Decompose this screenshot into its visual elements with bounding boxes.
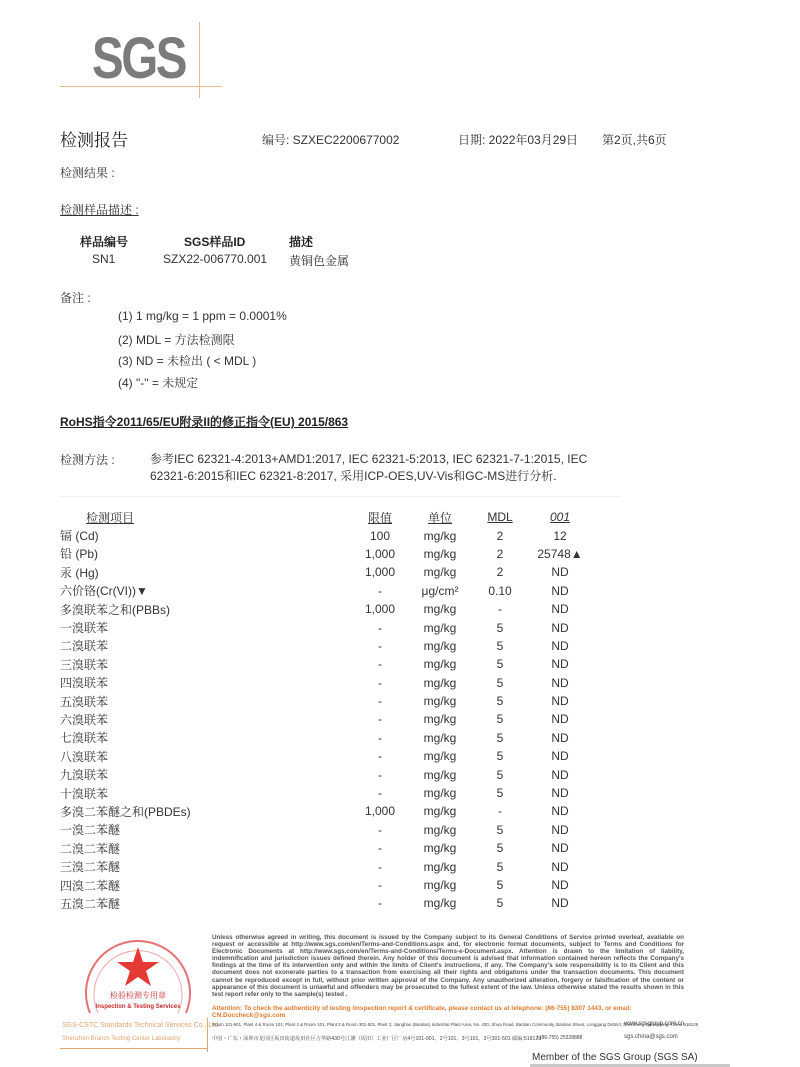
table-row: 一溴二苯醚-mg/kg5ND: [60, 821, 590, 839]
item-name: 汞 (Hg): [60, 563, 350, 581]
limit-value: -: [350, 655, 410, 673]
limit-value: -: [350, 637, 410, 655]
legal-disclaimer: Unless otherwise agreed in writing, this…: [212, 934, 684, 998]
results-table: 检测项目 限值 单位 MDL 001 镉 (Cd)100mg/kg212铅 (P…: [60, 508, 590, 913]
unit: mg/kg: [410, 729, 470, 747]
sample-no: SN1: [92, 252, 115, 266]
unit: mg/kg: [410, 674, 470, 692]
mdl-value: 0.10: [470, 582, 530, 600]
note-item: (3) ND = 未检出 ( < MDL ): [118, 352, 256, 369]
table-row: 汞 (Hg)1,000mg/kg2ND: [60, 563, 590, 581]
limit-value: -: [350, 582, 410, 600]
sample-header-desc: 描述: [289, 233, 313, 250]
limit-value: -: [350, 857, 410, 875]
result-value: 12: [530, 526, 590, 544]
item-name: 六价铬(Cr(VI))▼: [60, 582, 350, 600]
limit-value: -: [350, 729, 410, 747]
limit-value: -: [350, 839, 410, 857]
result-value: ND: [530, 765, 590, 783]
table-row: 七溴联苯-mg/kg5ND: [60, 729, 590, 747]
table-row: 镉 (Cd)100mg/kg212: [60, 526, 590, 544]
website-link[interactable]: www.sgsgroup.com.cn: [624, 1021, 684, 1027]
report-title: 检测报告: [60, 126, 128, 151]
unit: mg/kg: [410, 618, 470, 636]
result-value: ND: [530, 802, 590, 820]
item-name: 五溴二苯醚: [60, 894, 350, 912]
header-unit: 单位: [410, 508, 470, 526]
note-item: (4) "-" = 未规定: [118, 374, 198, 391]
unit: mg/kg: [410, 894, 470, 912]
note-item: (1) 1 mg/kg = 1 ppm = 0.0001%: [118, 309, 287, 323]
email-link[interactable]: sgs.china@sgs.com: [624, 1034, 678, 1040]
table-row: 六溴联苯-mg/kg5ND: [60, 710, 590, 728]
limit-value: -: [350, 692, 410, 710]
item-name: 二溴二苯醚: [60, 839, 350, 857]
table-row: 四溴二苯醚-mg/kg5ND: [60, 876, 590, 894]
item-name: 六溴联苯: [60, 710, 350, 728]
result-value: ND: [530, 674, 590, 692]
result-value: ND: [530, 747, 590, 765]
unit: mg/kg: [410, 784, 470, 802]
notes-label: 备注 :: [60, 289, 91, 306]
item-name: 一溴二苯醚: [60, 821, 350, 839]
footer-divider: [207, 1018, 208, 1052]
unit: mg/kg: [410, 765, 470, 783]
report-date: 日期: 2022年03月29日: [458, 131, 578, 148]
table-row: 四溴联苯-mg/kg5ND: [60, 674, 590, 692]
item-name: 三溴二苯醚: [60, 857, 350, 875]
item-name: 九溴联苯: [60, 765, 350, 783]
sample-header-no: 样品编号: [80, 233, 128, 250]
limit-value: -: [350, 784, 410, 802]
logo-horizontal-rule: [60, 86, 222, 87]
mdl-value: 5: [470, 876, 530, 894]
limit-value: 1,000: [350, 600, 410, 618]
limit-value: -: [350, 674, 410, 692]
header-mdl: MDL: [470, 508, 530, 526]
mdl-value: 5: [470, 784, 530, 802]
header-item: 检测项目: [60, 508, 350, 526]
result-value: ND: [530, 876, 590, 894]
limit-value: -: [350, 618, 410, 636]
mdl-value: 5: [470, 655, 530, 673]
unit: mg/kg: [410, 710, 470, 728]
header-sample-001: 001: [530, 508, 590, 526]
mdl-value: 5: [470, 857, 530, 875]
limit-value: -: [350, 876, 410, 894]
item-name: 七溴联苯: [60, 729, 350, 747]
item-name: 一溴联苯: [60, 618, 350, 636]
unit: mg/kg: [410, 655, 470, 673]
table-row: 多溴联苯之和(PBBs)1,000mg/kg-ND: [60, 600, 590, 618]
item-name: 十溴联苯: [60, 784, 350, 802]
mdl-value: 2: [470, 545, 530, 563]
result-value: ND: [530, 618, 590, 636]
item-name: 三溴联苯: [60, 655, 350, 673]
result-value: ND: [530, 821, 590, 839]
unit: mg/kg: [410, 857, 470, 875]
unit: mg/kg: [410, 692, 470, 710]
item-name: 五溴联苯: [60, 692, 350, 710]
divider: [60, 496, 620, 497]
limit-value: 1,000: [350, 563, 410, 581]
method-label: 检测方法 :: [60, 451, 115, 468]
table-row: 八溴联苯-mg/kg5ND: [60, 747, 590, 765]
results-header-row: 检测项目 限值 单位 MDL 001: [60, 508, 590, 526]
mdl-value: 5: [470, 821, 530, 839]
item-name: 四溴联苯: [60, 674, 350, 692]
limit-value: -: [350, 894, 410, 912]
result-value: 25748▲: [530, 545, 590, 563]
sample-description-title: 检测样品描述 :: [60, 201, 139, 218]
mdl-value: 5: [470, 729, 530, 747]
table-row: 六价铬(Cr(VI))▼-μg/cm²0.10ND: [60, 582, 590, 600]
table-row: 一溴联苯-mg/kg5ND: [60, 618, 590, 636]
logo-vertical-rule: [199, 22, 200, 98]
sgs-logo: SGS: [92, 30, 185, 88]
result-value: ND: [530, 839, 590, 857]
result-label: 检测结果 :: [60, 164, 115, 181]
telephone: t (86-755) 25328888: [537, 1035, 582, 1041]
table-row: 九溴联苯-mg/kg5ND: [60, 765, 590, 783]
result-value: ND: [530, 582, 590, 600]
header-limit: 限值: [350, 508, 410, 526]
mdl-value: 5: [470, 618, 530, 636]
sample-header-id: SGS样品ID: [184, 233, 245, 250]
svg-text:Inspection & Testing Services: Inspection & Testing Services: [96, 1004, 182, 1010]
sample-desc: 黄铜色金属: [289, 252, 349, 269]
result-value: ND: [530, 692, 590, 710]
mdl-value: -: [470, 600, 530, 618]
result-value: ND: [530, 729, 590, 747]
item-name: 镉 (Cd): [60, 526, 350, 544]
note-item: (2) MDL = 方法检测限: [118, 331, 235, 348]
mdl-value: 5: [470, 674, 530, 692]
svg-text:检验检测专用章: 检验检测专用章: [110, 990, 166, 1000]
item-name: 多溴联苯之和(PBBs): [60, 600, 350, 618]
authenticity-notice: Attention: To check the authenticity of …: [212, 1005, 692, 1019]
unit: mg/kg: [410, 839, 470, 857]
mdl-value: 5: [470, 710, 530, 728]
mdl-value: 2: [470, 563, 530, 581]
result-value: ND: [530, 563, 590, 581]
limit-value: -: [350, 765, 410, 783]
address-cn: 中国・广东・深圳市龙岗区坂田街道坂田社区吉华路430号江灏（坂田）工业厂区厂房4…: [212, 1035, 541, 1042]
limit-value: 100: [350, 526, 410, 544]
unit: mg/kg: [410, 563, 470, 581]
method-text: 参考IEC 62321-4:2013+AMD1:2017, IEC 62321-…: [150, 451, 600, 485]
mdl-value: 5: [470, 765, 530, 783]
page-indicator: 第2页,共6页: [602, 131, 667, 148]
table-row: 铅 (Pb)1,000mg/kg225748▲: [60, 545, 590, 563]
mdl-value: -: [470, 802, 530, 820]
table-row: 三溴联苯-mg/kg5ND: [60, 655, 590, 673]
table-row: 二溴二苯醚-mg/kg5ND: [60, 839, 590, 857]
item-name: 四溴二苯醚: [60, 876, 350, 894]
unit: mg/kg: [410, 526, 470, 544]
item-name: 八溴联苯: [60, 747, 350, 765]
inspection-stamp: 检验检测专用章 Inspection & Testing Services: [68, 935, 208, 1015]
report-number: 编号: SZXEC2200677002: [262, 131, 399, 148]
item-name: 二溴联苯: [60, 637, 350, 655]
table-row: 多溴二苯醚之和(PBDEs)1,000mg/kg-ND: [60, 802, 590, 820]
unit: mg/kg: [410, 637, 470, 655]
result-value: ND: [530, 600, 590, 618]
result-value: ND: [530, 894, 590, 912]
unit: μg/cm²: [410, 582, 470, 600]
result-value: ND: [530, 655, 590, 673]
limit-value: -: [350, 710, 410, 728]
mdl-value: 5: [470, 637, 530, 655]
unit: mg/kg: [410, 802, 470, 820]
mdl-value: 5: [470, 839, 530, 857]
member-statement: Member of the SGS Group (SGS SA): [532, 1052, 698, 1063]
table-row: 十溴联苯-mg/kg5ND: [60, 784, 590, 802]
mdl-value: 2: [470, 526, 530, 544]
mdl-value: 5: [470, 894, 530, 912]
limit-value: -: [350, 747, 410, 765]
table-row: 五溴二苯醚-mg/kg5ND: [60, 894, 590, 912]
table-row: 五溴联苯-mg/kg5ND: [60, 692, 590, 710]
limit-value: 1,000: [350, 802, 410, 820]
result-value: ND: [530, 710, 590, 728]
result-value: ND: [530, 637, 590, 655]
company-name: SGS-CSTC Standards Technical Services Co…: [62, 1022, 220, 1029]
result-value: ND: [530, 857, 590, 875]
table-row: 二溴联苯-mg/kg5ND: [60, 637, 590, 655]
company-branch: Shenzhen Branch Testing Center Laborator…: [62, 1036, 180, 1042]
mdl-value: 5: [470, 692, 530, 710]
limit-value: 1,000: [350, 545, 410, 563]
result-value: ND: [530, 784, 590, 802]
sample-id: SZX22-006770.001: [163, 252, 267, 266]
directive-title: RoHS指令2011/65/EU附录II的修正指令(EU) 2015/863: [60, 413, 348, 430]
mdl-value: 5: [470, 747, 530, 765]
limit-value: -: [350, 821, 410, 839]
item-name: 多溴二苯醚之和(PBDEs): [60, 802, 350, 820]
unit: mg/kg: [410, 747, 470, 765]
unit: mg/kg: [410, 821, 470, 839]
unit: mg/kg: [410, 876, 470, 894]
unit: mg/kg: [410, 545, 470, 563]
table-row: 三溴二苯醚-mg/kg5ND: [60, 857, 590, 875]
footer-rule: [60, 1048, 208, 1049]
item-name: 铅 (Pb): [60, 545, 350, 563]
unit: mg/kg: [410, 600, 470, 618]
